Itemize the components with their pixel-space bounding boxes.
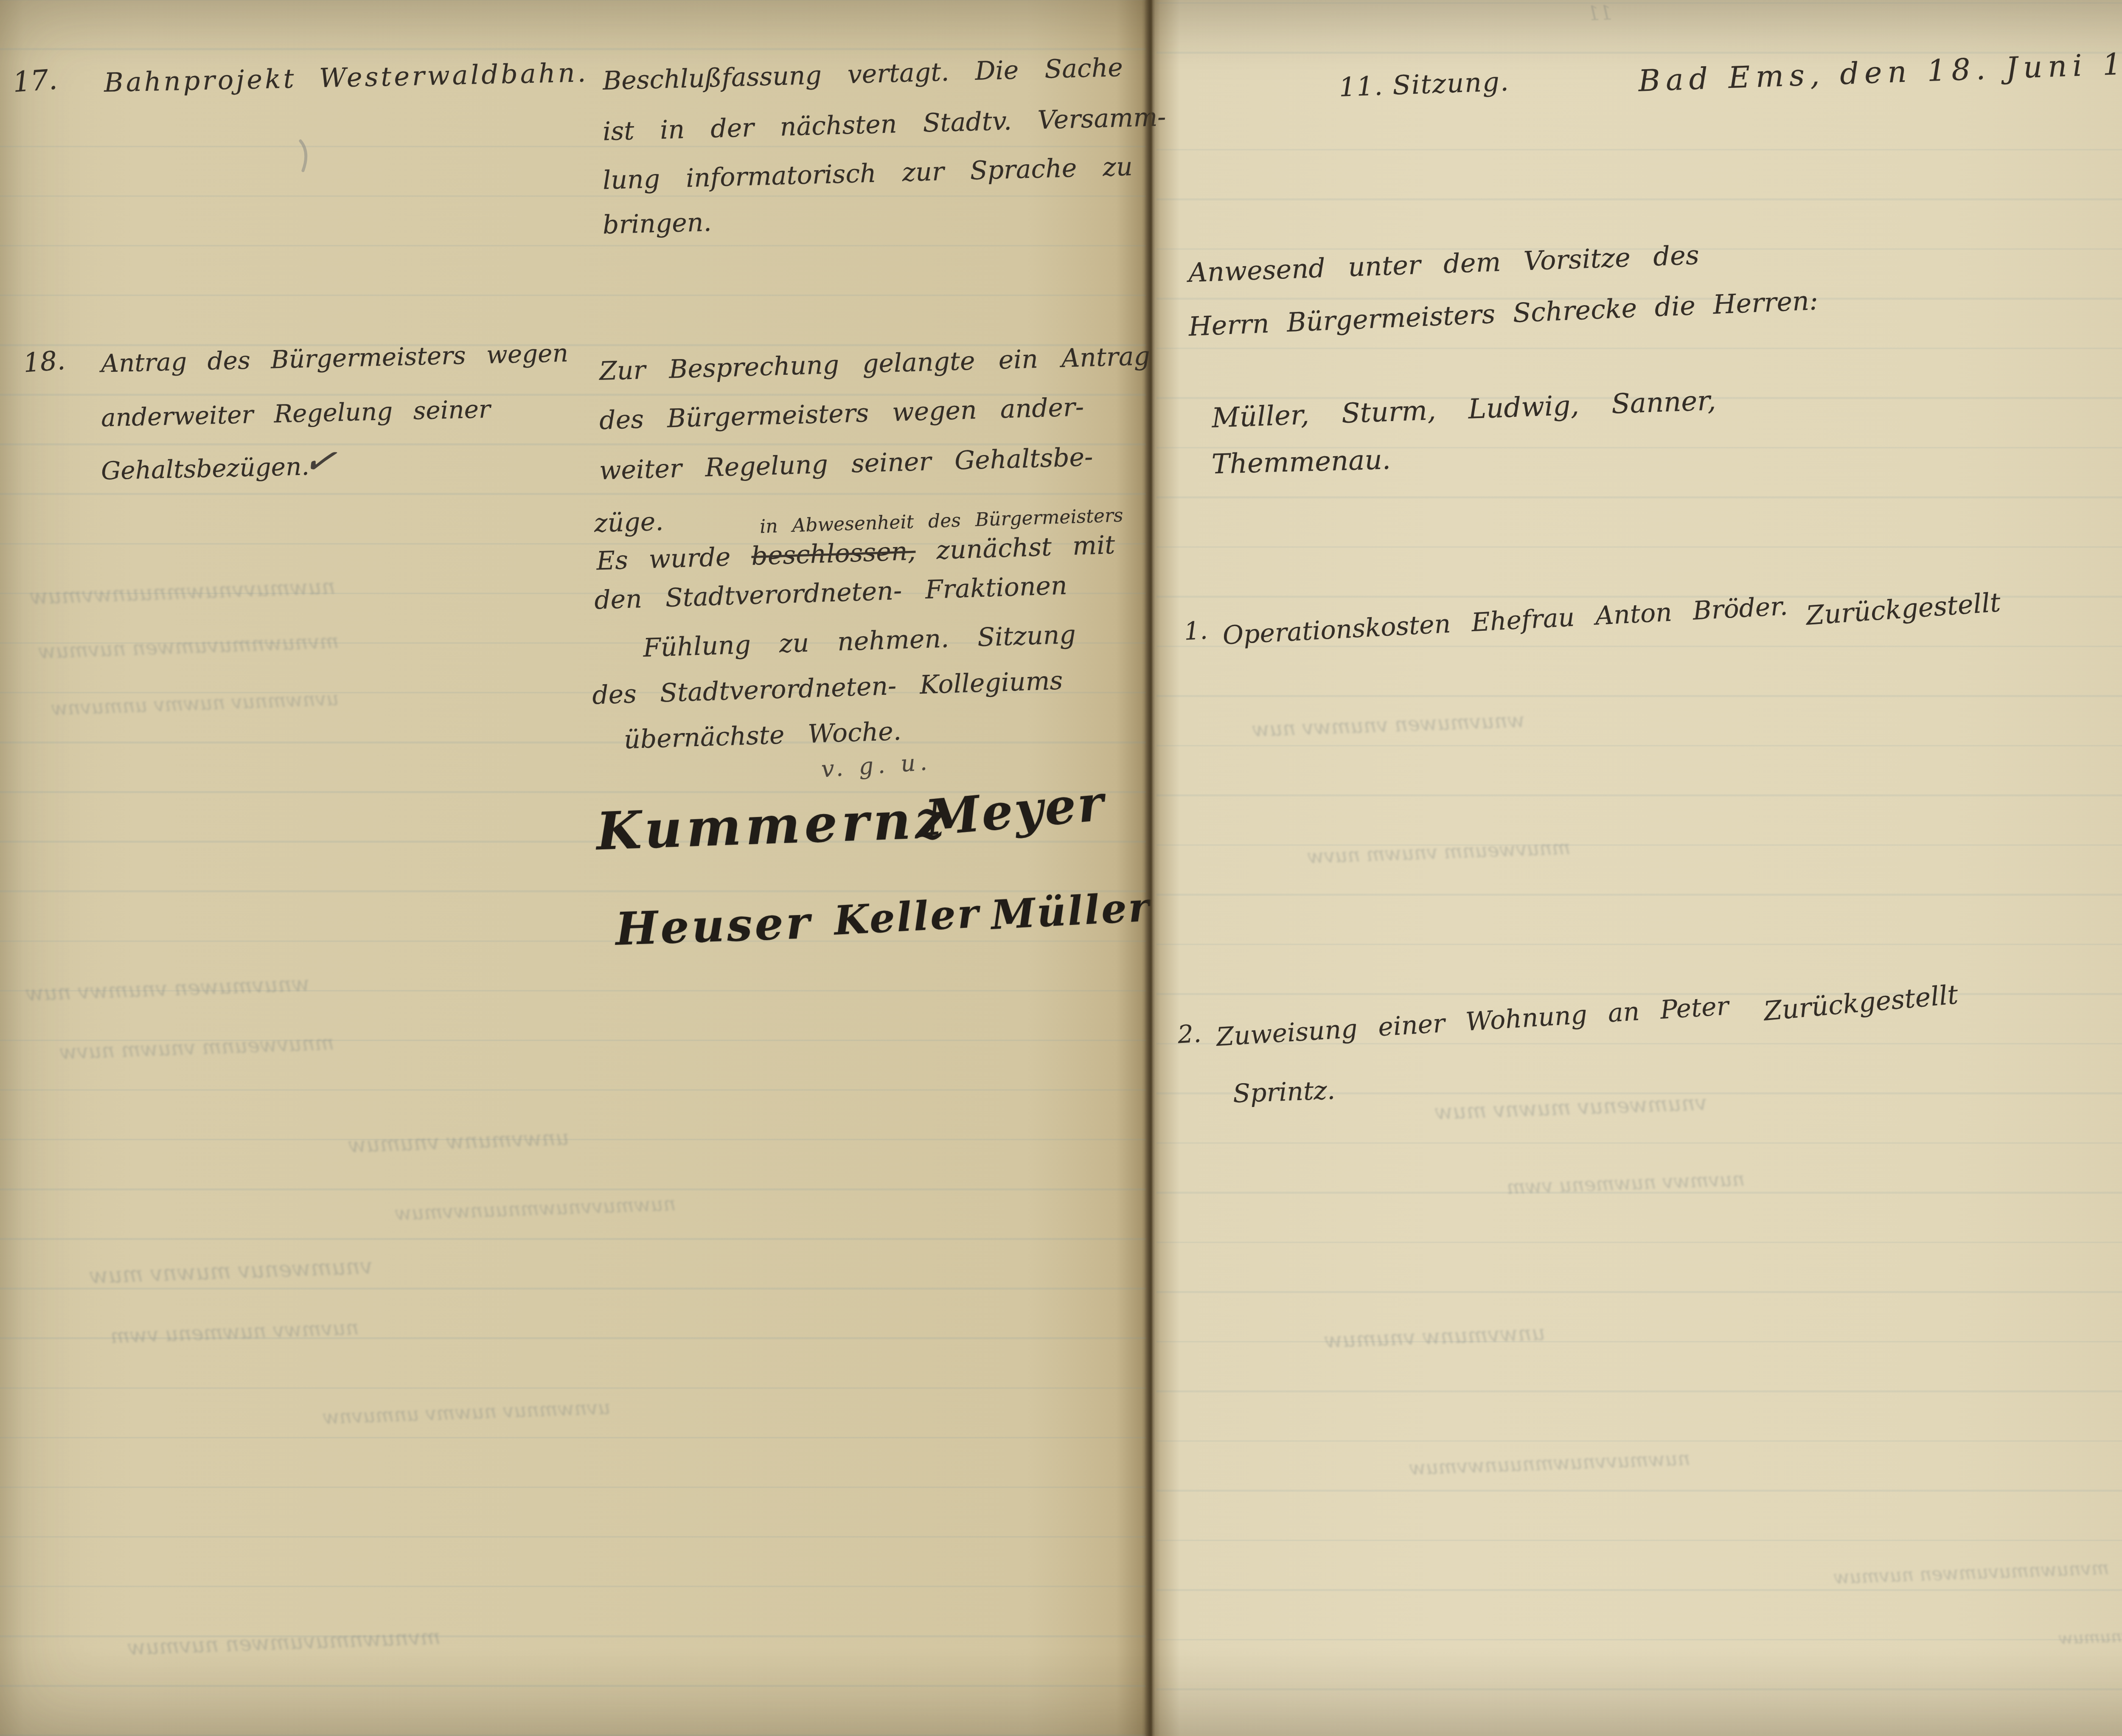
bleedthrough-text: unwvmunw vnumuw xyxy=(348,1125,570,1157)
item18-decision-line: des Stadtverordneten- Kollegiums xyxy=(592,666,1063,711)
item18-decision-line: Es wurde beschlossen, zunächst mit xyxy=(596,530,1115,576)
bleedthrough-text: uvnwmnuv nuwmv unmuvnw xyxy=(322,1396,611,1429)
ledger-spread: nuwmuvvnuwmnuunwvmuw mvnuwnmuvumwen nuvm… xyxy=(0,0,2122,1736)
agenda-item2-text: Zuweisung einer Wohnung an Peter xyxy=(1215,991,1729,1052)
item18-number: 18. xyxy=(22,345,66,379)
bleedthrough-text: mnuvweunm vnuwm nuvw xyxy=(59,1031,334,1065)
bleedthrough-text: unwvmunw vnumuw xyxy=(1324,1320,1546,1353)
agenda-item1-status: Zurückgestellt xyxy=(1805,587,2001,631)
signature: Müller xyxy=(990,884,1152,939)
agenda-item1-text: Operationskosten Ehefrau Anton Bröder. xyxy=(1222,591,1788,651)
item17-body-line: ist in der nächsten Stadtv. Versamm- xyxy=(602,102,1166,147)
attendees-line: Müller, Sturm, Ludwig, Sanner, xyxy=(1211,385,1716,434)
ink-check-mark: ✓ xyxy=(300,435,340,486)
bleedthrough-text: vnumwenuv muwnv muw xyxy=(89,1253,373,1289)
bleedthrough-text: uvnwmnuv nuwmv unmuvnw xyxy=(51,687,339,720)
item18-body-line: des Bürgermeisters wegen ander- xyxy=(599,392,1084,435)
bleedthrough-text: nuvmwv nuwmenu vwm xyxy=(110,1316,359,1348)
decision-prefix: Es wurde xyxy=(596,542,731,576)
bleedthrough-text: vnumwenuv muwnv muw xyxy=(1434,1090,1707,1124)
item17-body-line: Beschlußfassung vertagt. Die Sache xyxy=(602,53,1123,96)
item17-number: 17. xyxy=(11,63,58,98)
attendance-line: Herrn Bürgermeisters Schrecke die Herren… xyxy=(1188,285,1819,342)
page-vignette xyxy=(0,0,2122,1736)
item18-body-line: Zur Besprechung gelangte ein Antrag xyxy=(599,341,1151,386)
signature: Heuser xyxy=(615,896,813,955)
bleedthrough-text: mvnuwnmuvumwen nuvmuw xyxy=(38,629,339,664)
signature: Kummernz xyxy=(595,789,950,862)
item17-body-line: bringen. xyxy=(602,208,712,240)
attendees-line: Themmenau. xyxy=(1211,444,1391,480)
closing-vgu: v. g. u. xyxy=(820,748,932,783)
ruled-lines-left xyxy=(0,0,1146,1736)
signature: Keller xyxy=(833,890,981,944)
item17-body-line: lung informatorisch zur Sprache zu xyxy=(602,152,1133,196)
item18-decision-line: Fühlung zu nehmen. Sitzung xyxy=(643,620,1076,663)
item18-decision-line: übernächste Woche. xyxy=(623,716,902,755)
agenda-item1-number: 1. xyxy=(1183,616,1208,646)
item18-body-line: weiter Regelung seiner Gehaltsbe- xyxy=(599,442,1093,486)
item18-margin-line: Antrag des Bürgermeisters wegen xyxy=(101,339,568,378)
binding-gutter xyxy=(1142,0,1160,1736)
bleedthrough-text: mvnuwnmuvumwen nuvmuw xyxy=(127,1624,441,1660)
bleedthrough-text: nuwmuvvnuwmnuunwvmuw xyxy=(29,574,336,609)
bleedthrough-corner-mark: unwvmunw vnumuw xyxy=(2058,1623,2122,1649)
bleedthrough-text: nuvmwv nuwmenu vwm xyxy=(1506,1167,1745,1199)
agenda-item2-text-line2: Sprintz. xyxy=(1232,1076,1336,1109)
agenda-item2-number: 2. xyxy=(1177,1019,1202,1049)
bleedthrough-text: mvnuwnmuvumwen nuvmuw xyxy=(1833,1557,2109,1589)
bleedthrough-text: wnuvmuwen vnumwv nuw xyxy=(1252,708,1525,742)
item17-margin-title: Bahnprojekt Westerwaldbahn. xyxy=(104,57,589,98)
attendance-line: Anwesend unter dem Vorsitze des xyxy=(1188,239,1700,288)
signature: Meyer xyxy=(923,774,1108,847)
bleedthrough-page-mark: 11 xyxy=(1587,1,1612,25)
pencil-mark xyxy=(297,139,312,172)
decision-struck-word: beschlossen, xyxy=(751,537,916,571)
item18-body-line: züge. xyxy=(594,507,664,539)
item18-margin-line: anderweiter Regelung seiner xyxy=(101,395,491,433)
bleedthrough-text: wnuvmuwen vnumwv nuw xyxy=(25,971,310,1006)
bleedthrough-text: nuwmuvvnuwmnuunwvmuw xyxy=(394,1192,676,1225)
agenda-item2-status: Zurückgestellt xyxy=(1763,979,1959,1027)
bleedthrough-text: mnuvweunm vnuwm nuvw xyxy=(1307,836,1571,868)
dateline: Bad Ems, den 18. Juni 1927. xyxy=(1638,43,2122,98)
bleedthrough-text: nuwmuvvnuwmnuunwvmuw xyxy=(1409,1447,1690,1479)
decision-suffix: zunächst mit xyxy=(936,530,1115,565)
item18-margin-line: Gehaltsbezügen. xyxy=(101,452,309,485)
session-title: 11. Sitzung. xyxy=(1339,66,1510,103)
item18-decision-line: den Stadtverordneten- Fraktionen xyxy=(594,571,1068,615)
